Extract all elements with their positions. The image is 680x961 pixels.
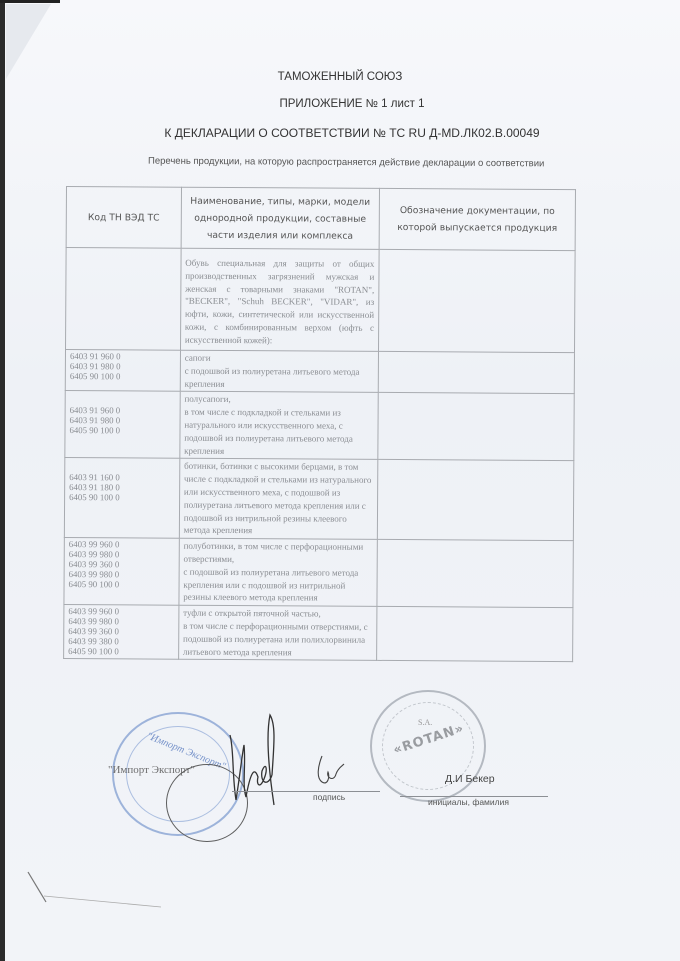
tnved-codes-cell: 6403 99 960 06403 99 980 06403 99 360 06… (64, 538, 179, 606)
table-row: 6403 99 960 06403 99 980 06403 99 360 06… (64, 605, 573, 662)
folded-corner (6, 4, 51, 79)
documentation-cell (378, 393, 575, 461)
pen-mark (26, 870, 176, 915)
tnved-codes-cell (66, 248, 181, 351)
tnved-code: 6405 90 100 0 (70, 371, 176, 382)
tnved-code: 6403 91 160 0 (69, 472, 175, 483)
signer-name: Д.И Бекер (445, 773, 495, 785)
products-table: Код ТН ВЭД ТС Наименование, типы, марки,… (63, 186, 576, 662)
tnved-code: 6403 91 960 0 (70, 405, 176, 416)
signature-label: подпись (313, 792, 345, 802)
header-code: Код ТН ВЭД ТС (66, 187, 181, 249)
documentation-cell (378, 249, 575, 352)
signer-signature (312, 752, 348, 788)
tnved-code: 6405 90 100 0 (68, 646, 174, 657)
table-row: 6403 91 960 06403 91 980 06405 90 100 0с… (65, 350, 574, 394)
product-description-cell: полусапоги,в том числе с подкладкой и ст… (180, 392, 378, 460)
tnved-code: 6403 91 180 0 (69, 482, 175, 493)
table-row: 6403 99 960 06403 99 980 06403 99 360 06… (64, 538, 573, 608)
tnved-code: 6403 91 960 0 (70, 351, 176, 362)
tnved-codes-cell: 6403 91 960 06403 91 980 06405 90 100 0 (65, 350, 180, 392)
tnved-code: 6403 91 980 0 (70, 361, 176, 372)
rotan-stamp: S.A. «ROTAN» (370, 690, 486, 802)
product-description-cell: Обувь специальная для защиты от общих пр… (180, 248, 379, 351)
director-signature (212, 705, 282, 815)
tnved-code: 6403 99 980 0 (69, 549, 175, 560)
stamp-sa-text: S.A. (418, 718, 432, 727)
product-description-cell: сапогис подошвой из полиуретана литьевог… (180, 350, 378, 393)
tnved-codes-cell: 6403 91 160 06403 91 180 06405 90 100 0 (64, 458, 179, 538)
tnved-code: 6405 90 100 0 (69, 492, 175, 503)
declaration-title: К ДЕКЛАРАЦИИ О СООТВЕТСТВИИ № ТС RU Д-MD… (12, 126, 680, 140)
scan-edge (0, 0, 5, 961)
signature-line (232, 791, 380, 792)
tnved-code: 6403 99 960 0 (69, 539, 175, 550)
union-title: ТАМОЖЕННЫЙ СОЮЗ (0, 71, 680, 83)
documentation-cell (377, 460, 574, 541)
tnved-codes-cell: 6403 99 960 06403 99 980 06403 99 360 06… (64, 605, 179, 660)
scan-edge-top (0, 0, 60, 3)
tnved-code: 6403 99 960 0 (68, 606, 174, 617)
tnved-code: 6405 90 100 0 (69, 425, 175, 436)
header-name: Наименование, типы, марки, модели одноро… (181, 187, 379, 249)
tnved-codes-cell: 6403 91 960 06403 91 980 06405 90 100 0 (65, 391, 180, 459)
tnved-code: 6405 90 100 0 (69, 579, 175, 590)
tnved-code: 6403 99 980 0 (68, 616, 174, 627)
tnved-code: 6403 91 980 0 (70, 415, 176, 426)
header-documentation: Обозначение документации, по которой вып… (379, 188, 576, 250)
tnved-code: 6403 99 360 0 (68, 626, 174, 637)
tnved-code: 6403 99 380 0 (68, 636, 174, 647)
table-header-row: Код ТН ВЭД ТС Наименование, типы, марки,… (66, 187, 575, 251)
table-row: 6403 91 960 06403 91 980 06405 90 100 0п… (65, 391, 574, 461)
product-description-cell: полуботинки, в том числе с перфорационны… (179, 538, 377, 606)
name-label: инициалы, фамилия (428, 797, 509, 807)
product-description-cell: туфли с открытой пяточной частью,в том ч… (178, 605, 376, 660)
table-row: 6403 91 160 06403 91 180 06405 90 100 0б… (64, 458, 573, 541)
documentation-cell (377, 540, 574, 608)
documentation-cell (378, 351, 574, 394)
appendix-title: ПРИЛОЖЕНИЕ № 1 лист 1 (12, 98, 680, 110)
documentation-cell (376, 607, 572, 662)
tnved-code: 6403 99 980 0 (69, 569, 175, 580)
tnved-code: 6403 99 360 0 (69, 559, 175, 570)
product-description-cell: ботинки, ботинки с высокими берцами, в т… (179, 459, 378, 540)
table-row: Обувь специальная для защиты от общих пр… (66, 248, 576, 353)
